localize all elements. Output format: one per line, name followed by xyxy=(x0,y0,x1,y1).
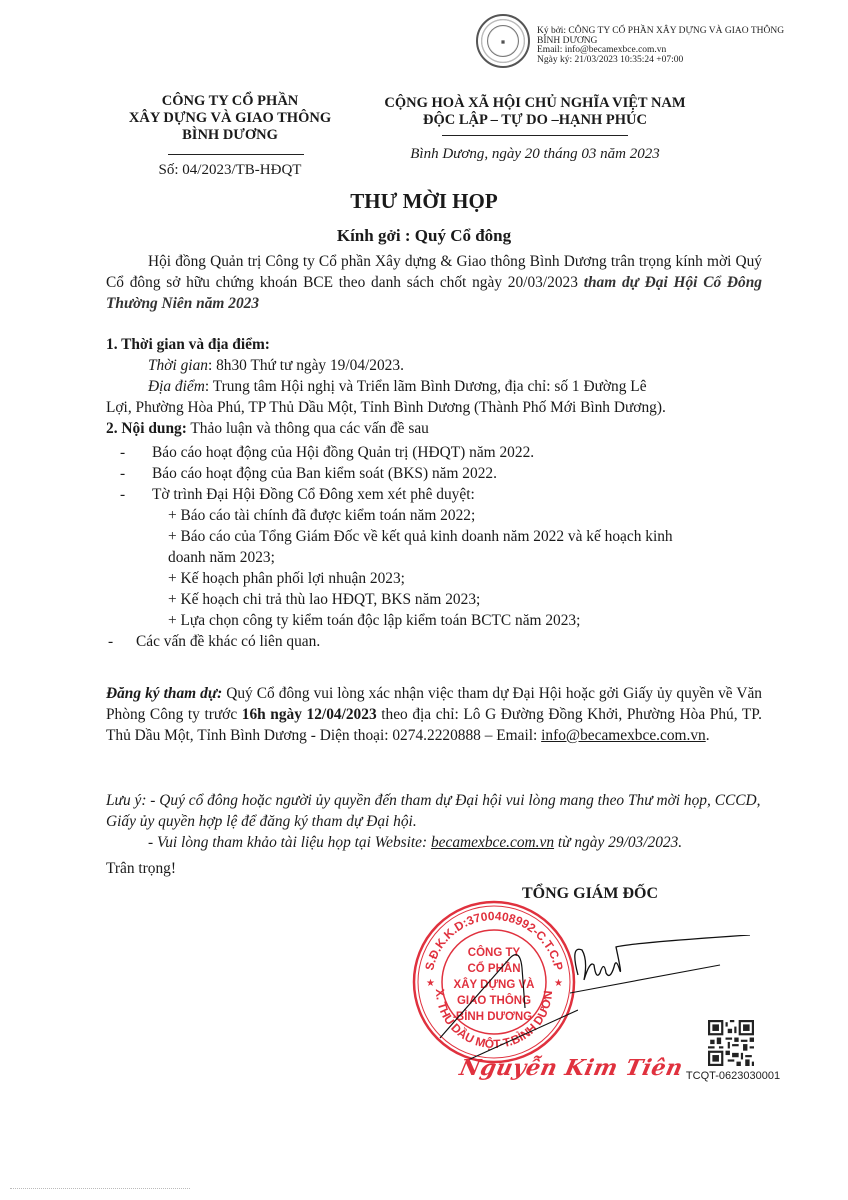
place-value-line2: Lợi, Phường Hòa Phú, TP Thủ Dầu Một, Tỉn… xyxy=(106,397,786,418)
note-line2-prefix: - Vui lòng tham khảo tài liệu họp tại We… xyxy=(148,834,431,851)
handwritten-signature-icon xyxy=(570,935,750,995)
digital-signature-seal: ▦ xyxy=(476,14,530,68)
agenda-subitem: + Kế hoạch phân phối lợi nhuận 2023; xyxy=(106,568,786,589)
agenda-item: -Báo cáo hoạt động của Hội đồng Quản trị… xyxy=(106,442,786,463)
signatory-name: Nguyễn Kim Tiên xyxy=(457,1055,685,1081)
qr-code-icon[interactable] xyxy=(708,1020,754,1066)
digital-signature-info: Ký bởi: CÔNG TY CỔ PHẦN XÂY DỰNG VÀ GIAO… xyxy=(537,27,784,65)
agenda-subitem: + Báo cáo tài chính đã được kiểm toán nă… xyxy=(106,505,786,526)
salutation: Kính gởi : Quý Cổ đông xyxy=(0,226,848,246)
company-stamp-icon: S.Đ.K.K.D:3700408992-C.T.C.P TX. THỦ DẦU… xyxy=(410,898,578,1066)
agenda-item-text: Báo cáo hoạt động của Ban kiểm soát (BKS… xyxy=(152,463,497,484)
agenda-item-text: Báo cáo hoạt động của Hội đồng Quản trị … xyxy=(152,442,534,463)
registration-lead: Đăng ký tham dự: xyxy=(106,685,222,702)
meeting-place: Địa điểm: Trung tâm Hội nghị và Triển lã… xyxy=(106,376,786,397)
company-line2: XÂY DỰNG VÀ GIAO THÔNG xyxy=(90,110,370,127)
svg-text:CỔ PHẦN: CỔ PHẦN xyxy=(467,962,520,975)
intro-paragraph: Hội đồng Quản trị Công ty Cổ phần Xây dự… xyxy=(106,251,762,314)
footer-divider xyxy=(10,1188,190,1189)
svg-text:★: ★ xyxy=(426,978,435,989)
agenda-subitem: + Lựa chọn công ty kiểm toán độc lập kiể… xyxy=(106,610,786,631)
place-value-line1: : Trung tâm Hội nghị và Triển lãm Bình D… xyxy=(205,378,647,395)
agenda-item-text: Tờ trình Đại Hội Đồng Cổ Đông xem xét ph… xyxy=(152,484,475,505)
section2-heading-tail: Thảo luận và thông qua các vấn đề sau xyxy=(187,420,429,437)
registration-deadline: 16h ngày 12/04/2023 xyxy=(242,706,377,723)
agenda-item: -Tờ trình Đại Hội Đồng Cổ Đông xem xét p… xyxy=(106,484,786,505)
note-paragraph: Lưu ý: - Quý cổ đông hoặc người ủy quyền… xyxy=(106,790,766,853)
meeting-time: Thời gian: 8h30 Thứ tư ngày 19/04/2023. xyxy=(106,355,786,376)
company-line1: CÔNG TY CỔ PHẦN xyxy=(90,93,370,110)
registration-end: . xyxy=(706,727,710,744)
digital-signature-seal-inner: ▦ xyxy=(487,25,519,57)
section2-heading: 2. Nội dung: xyxy=(106,420,187,437)
closing: Trân trọng! xyxy=(106,858,176,879)
section-time-place: 1. Thời gian và địa điểm: Thời gian: 8h3… xyxy=(106,334,786,418)
registration-paragraph: Đăng ký tham dự: Quý Cổ đông vui lòng xá… xyxy=(106,683,762,746)
section1-heading: 1. Thời gian và địa điểm: xyxy=(106,334,786,355)
section-content: 2. Nội dung: Thảo luận và thông qua các … xyxy=(106,418,786,652)
agenda-item: -Báo cáo hoạt động của Ban kiểm soát (BK… xyxy=(106,463,786,484)
national-line2: ĐỘC LẬP – TỰ DO –HẠNH PHÚC xyxy=(370,112,700,129)
document-number: Số: 04/2023/TB-HĐQT xyxy=(90,162,370,179)
svg-text:BÌNH DƯƠNG: BÌNH DƯƠNG xyxy=(456,1010,532,1023)
registration-email-link[interactable]: info@becamexbce.com.vn xyxy=(541,727,706,744)
agenda-item-text: Các vấn đề khác có liên quan. xyxy=(136,631,320,652)
agenda-item: -Các vấn đề khác có liên quan. xyxy=(106,631,786,652)
website-link[interactable]: becamexbce.com.vn xyxy=(431,834,554,851)
time-label: Thời gian xyxy=(148,357,208,374)
place-label: Địa điểm xyxy=(148,378,205,395)
signature-date: Ngày ký: 21/03/2023 10:35:24 +07:00 xyxy=(537,56,784,66)
place-date: Bình Dương, ngày 20 tháng 03 năm 2023 xyxy=(370,146,700,163)
company-header-divider xyxy=(168,154,304,155)
national-line1: CỘNG HOÀ XÃ HỘI CHỦ NGHĨA VIỆT NAM xyxy=(370,95,700,112)
svg-text:CÔNG TY: CÔNG TY xyxy=(468,946,521,959)
note-line2: - Vui lòng tham khảo tài liệu họp tại We… xyxy=(106,832,766,853)
agenda-subitem-continued: doanh năm 2023; xyxy=(106,547,786,568)
national-header-divider xyxy=(442,135,628,136)
agenda-subitem: + Báo cáo của Tổng Giám Đốc về kết quả k… xyxy=(106,526,786,547)
svg-text:★: ★ xyxy=(554,978,563,989)
company-header: CÔNG TY CỔ PHẦN XÂY DỰNG VÀ GIAO THÔNG B… xyxy=(90,93,370,144)
company-line3: BÌNH DƯƠNG xyxy=(90,127,370,144)
time-value: : 8h30 Thứ tư ngày 19/04/2023. xyxy=(208,357,404,374)
qr-code-label: TCQT-0623030001 xyxy=(663,1070,803,1082)
note-line1: Lưu ý: - Quý cổ đông hoặc người ủy quyền… xyxy=(106,790,766,832)
note-line2-suffix: từ ngày 29/03/2023. xyxy=(554,834,682,851)
section2-heading-row: 2. Nội dung: Thảo luận và thông qua các … xyxy=(106,418,786,439)
agenda-subitem: + Kế hoạch chi trả thù lao HĐQT, BKS năm… xyxy=(106,589,786,610)
document-title: THƯ MỜI HỌP xyxy=(0,189,848,214)
national-header: CỘNG HOÀ XÃ HỘI CHỦ NGHĨA VIỆT NAM ĐỘC L… xyxy=(370,95,700,129)
